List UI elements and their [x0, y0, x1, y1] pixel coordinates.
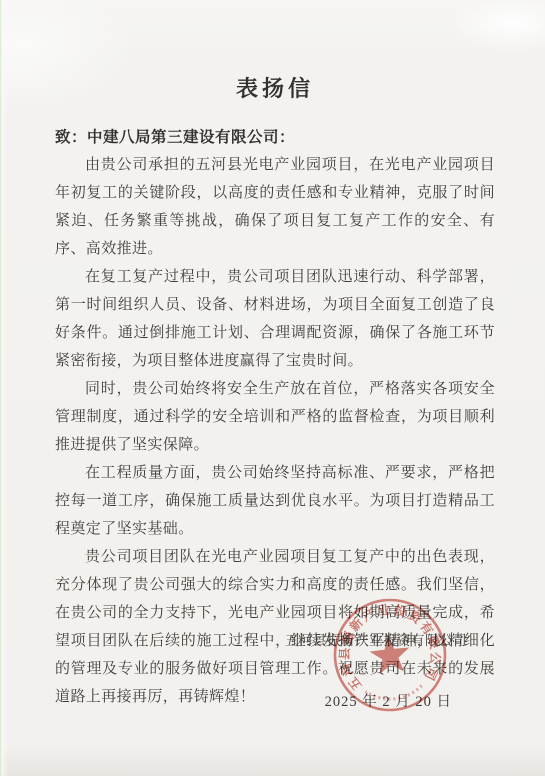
letter-content: 表扬信 致：中建八局第三建设有限公司： 由贵公司承担的五河县光电产业园项目，在光…	[55, 0, 495, 711]
paragraph: 由贵公司承担的五河县光电产业园项目，在光电产业园项目年初复工的关键阶段，以高度的…	[55, 151, 495, 263]
letter-page: 表扬信 致：中建八局第三建设有限公司： 由贵公司承担的五河县光电产业园项目，在光…	[0, 0, 545, 776]
letter-date: 2025 年 2 月 20 日	[325, 690, 452, 711]
paragraph: 贵公司项目团队在光电产业园项目复工复产中的出色表现，充分体现了贵公司强大的综合实…	[55, 543, 495, 711]
salutation: 致：中建八局第三建设有限公司：	[55, 125, 495, 151]
letter-title: 表扬信	[55, 72, 495, 103]
signature-company-name: 五河县振新产业投资有限公司	[285, 629, 467, 649]
letter-body: 由贵公司承担的五河县光电产业园项目，在光电产业园项目年初复工的关键阶段，以高度的…	[55, 151, 495, 711]
paragraph: 同时，贵公司始终将安全生产放在首位，严格落实各项安全管理制度，通过科学的安全培训…	[55, 375, 495, 459]
paragraph: 在复工复产过程中，贵公司项目团队迅速行动、科学部署，第一时间组织人员、设备、材料…	[55, 263, 495, 375]
paragraph: 在工程质量方面，贵公司始终坚持高标准、严要求，严格把控每一道工序，确保施工质量达…	[55, 459, 495, 543]
